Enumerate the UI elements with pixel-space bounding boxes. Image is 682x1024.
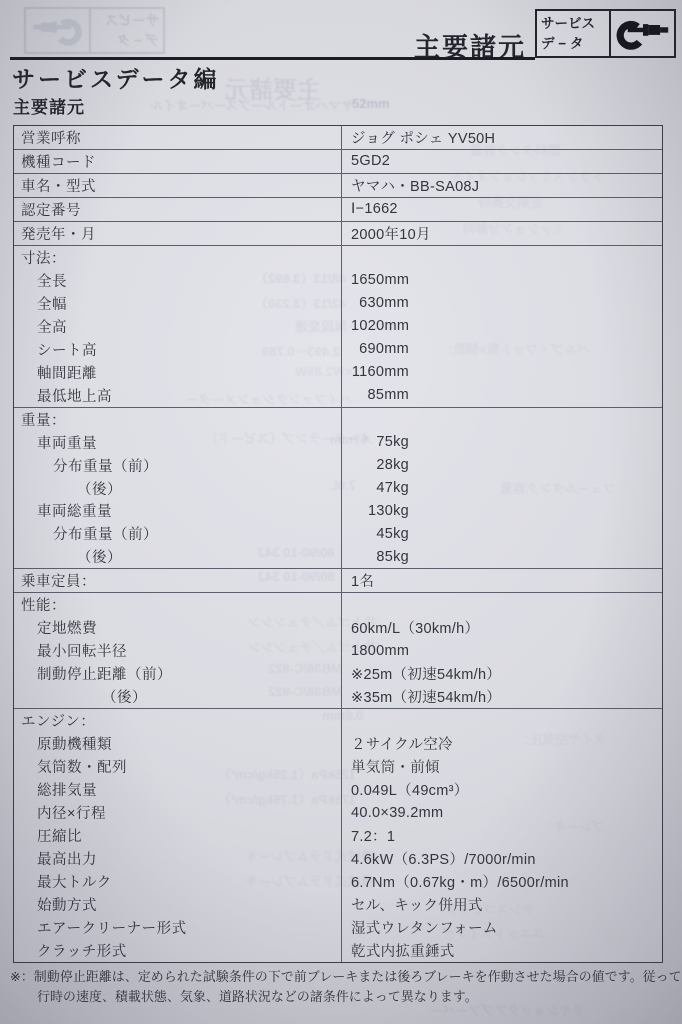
spec-row: 車名・型式ヤマハ・BB-SA08J: [14, 174, 662, 198]
header-rule: [10, 57, 535, 60]
row-value: ２サイクル空冷: [341, 732, 662, 755]
row-value: 単気筒・前傾: [341, 755, 662, 778]
spec-row: 原動機種類２サイクル空冷: [14, 732, 662, 755]
row-value: 1650mm: [341, 269, 662, 292]
spec-row: 営業呼称ジョグ ポシェ YV50H: [14, 126, 662, 150]
row-label: 発売年・月: [14, 222, 341, 245]
spec-row: 軸間距離1160mm: [14, 361, 662, 384]
spec-row: 分布重量（前）45kg: [14, 522, 662, 545]
spec-row: 車両重量75kg: [14, 431, 662, 454]
row-value: 5GD2: [341, 150, 662, 173]
row-label: エンジン：: [14, 709, 341, 732]
row-value: 4.6kW（6.3PS）/7000r/min: [341, 847, 662, 870]
row-value: 47kg: [341, 477, 662, 500]
micrometer-icon: [611, 11, 674, 56]
spec-row: 車両総重量130kg: [14, 500, 662, 523]
row-label: 原動機種類: [14, 732, 341, 755]
spec-row: シート高690mm: [14, 338, 662, 361]
spec-row: クラッチ形式乾式内拡重錘式: [14, 939, 662, 962]
spec-row: 内径×行程40.0×39.2mm: [14, 801, 662, 824]
row-label: 乗車定員：: [14, 569, 341, 592]
spec-row: 最高出力4.6kW（6.3PS）/7000r/min: [14, 847, 662, 870]
footnote: ※：制動停止距離は、定められた試験条件の下で前ブレーキまたは後ろブレーキを作動さ…: [10, 967, 682, 1008]
row-value: 60km/L（30km/h）: [341, 616, 662, 639]
row-label: 認定番号: [14, 198, 341, 221]
row-label: 始動方式: [14, 893, 341, 916]
row-value: 1名: [341, 569, 662, 592]
spec-row: 定地燃費60km/L（30km/h）: [14, 616, 662, 639]
row-value: ※25m（初速54km/h）: [341, 662, 662, 685]
row-label: 機種コード: [14, 150, 341, 173]
row-value: ※35m（初速54km/h）: [341, 685, 662, 708]
spec-row: （後）※35m（初速54km/h）: [14, 685, 662, 709]
row-value: 0.049L（49cm³）: [341, 778, 662, 801]
service-data-badge: サービス デ − タ: [535, 9, 676, 58]
row-value: 130kg: [341, 500, 662, 523]
spec-row: （後）47kg: [14, 477, 662, 500]
section-header-row: 寸法：: [14, 246, 662, 269]
row-value: 7.2：1: [341, 824, 662, 847]
spec-table: 営業呼称ジョグ ポシェ YV50H機種コード5GD2車名・型式ヤマハ・BB-SA…: [13, 125, 663, 963]
spec-row: エアークリーナー形式湿式ウレタンフォーム: [14, 916, 662, 939]
row-label: 最高出力: [14, 847, 341, 870]
row-label: 車名・型式: [14, 174, 341, 197]
row-label: 重量：: [14, 408, 341, 431]
row-value: 1020mm: [341, 315, 662, 338]
row-label: 最低地上高: [14, 384, 341, 407]
section-header-row: エンジン：: [14, 709, 662, 732]
row-label: 分布重量（前）: [14, 454, 341, 477]
row-value: 湿式ウレタンフォーム: [341, 916, 662, 939]
row-label: 圧縮比: [14, 824, 341, 847]
spec-row: 乗車定員：1名: [14, 569, 662, 593]
spec-row: 制動停止距離（前）※25m（初速54km/h）: [14, 662, 662, 685]
bleedthrough-text: 主要諸元: [225, 70, 321, 105]
row-value: ジョグ ポシェ YV50H: [341, 126, 662, 149]
row-value: [341, 408, 662, 431]
row-value: [341, 593, 662, 616]
row-value: 40.0×39.2mm: [341, 801, 662, 824]
row-label: エアークリーナー形式: [14, 916, 341, 939]
row-value: 乾式内拡重錘式: [341, 939, 662, 962]
spec-row: 最低地上高85mm: [14, 384, 662, 408]
row-label: 分布重量（前）: [14, 522, 341, 545]
bleedthrough-text: 52mm: [352, 96, 390, 111]
row-label: 制動停止距離（前）: [14, 662, 341, 685]
row-value: 6.7Nm（0.67kg・m）/6500r/min: [341, 870, 662, 893]
spec-row: 認定番号Ⅰ−1662: [14, 198, 662, 222]
spec-row: 気筒数・配列単気筒・前傾: [14, 755, 662, 778]
spec-row: 最小回転半径1800mm: [14, 639, 662, 662]
row-label: 定地燃費: [14, 616, 341, 639]
doc-subtitle: 主要諸元: [13, 93, 85, 118]
row-label: クラッチ形式: [14, 939, 341, 962]
row-value: 2000年10月: [341, 222, 662, 245]
row-label: 軸間距離: [14, 361, 341, 384]
row-value: セル、キック併用式: [341, 893, 662, 916]
row-label: 全幅: [14, 292, 341, 315]
spec-row: （後）85kg: [14, 545, 662, 569]
row-value: Ⅰ−1662: [341, 198, 662, 221]
spec-row: 最大トルク6.7Nm（0.67kg・m）/6500r/min: [14, 870, 662, 893]
row-label: 営業呼称: [14, 126, 341, 149]
row-value: 28kg: [341, 454, 662, 477]
spec-row: 全幅630mm: [14, 292, 662, 315]
row-label: （後）: [14, 685, 341, 708]
row-value: [341, 709, 662, 732]
spec-row: 全長1650mm: [14, 269, 662, 292]
doc-title: サービスデータ編: [12, 61, 220, 94]
row-label: 寸法：: [14, 246, 341, 269]
row-label: 最大トルク: [14, 870, 341, 893]
row-value: 630mm: [341, 292, 662, 315]
row-value: [341, 246, 662, 269]
service-data-badge-label: サービス デ − タ: [537, 11, 611, 56]
row-label: 車両総重量: [14, 500, 341, 523]
row-label: 性能：: [14, 593, 341, 616]
row-label: 全長: [14, 269, 341, 292]
row-label: （後）: [14, 477, 341, 500]
row-label: 内径×行程: [14, 801, 341, 824]
spec-row: 発売年・月2000年10月: [14, 222, 662, 246]
row-label: 総排気量: [14, 778, 341, 801]
spec-row: 総排気量0.049L（49cm³）: [14, 778, 662, 801]
row-label: 車両重量: [14, 431, 341, 454]
section-header-row: 性能：: [14, 593, 662, 616]
row-value: 75kg: [341, 431, 662, 454]
row-value: 1800mm: [341, 639, 662, 662]
row-value: 85kg: [341, 545, 662, 568]
row-value: 45kg: [341, 522, 662, 545]
row-label: 最小回転半径: [14, 639, 341, 662]
spec-row: 圧縮比7.2：1: [14, 824, 662, 847]
row-label: 気筒数・配列: [14, 755, 341, 778]
spec-row: 全高1020mm: [14, 315, 662, 338]
spec-row: 機種コード5GD2: [14, 150, 662, 174]
section-header-row: 重量：: [14, 408, 662, 431]
row-label: （後）: [14, 545, 341, 568]
spec-row: 始動方式セル、キック併用式: [14, 893, 662, 916]
spec-row: 分布重量（前）28kg: [14, 454, 662, 477]
bleedthrough-text: ヤマハオートルーブスーパーオイル: [150, 95, 355, 114]
row-label: シート高: [14, 338, 341, 361]
row-value: 1160mm: [341, 361, 662, 384]
row-label: 全高: [14, 315, 341, 338]
row-value: 85mm: [341, 384, 662, 407]
row-value: ヤマハ・BB-SA08J: [341, 174, 662, 197]
row-value: 690mm: [341, 338, 662, 361]
